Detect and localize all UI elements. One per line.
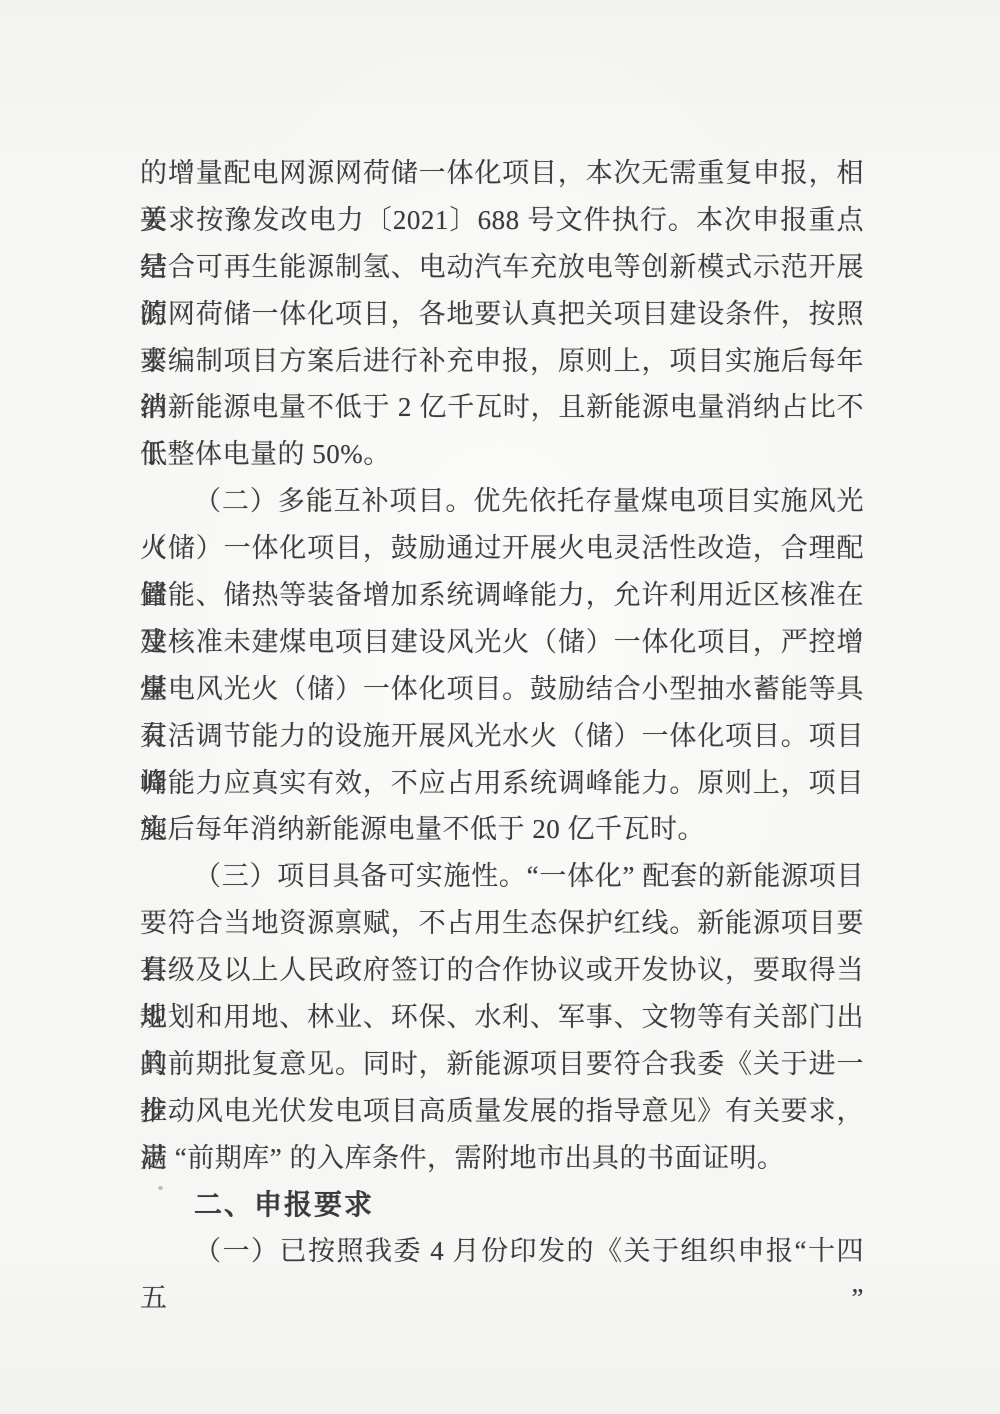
text-line: （一）已按照我委 4 月份印发的《关于组织申报“十四五” [140,1228,864,1275]
text-line: 的增量配电网源网荷储一体化项目，本次无需重复申报，相关 [140,150,864,197]
text-line: 及核准未建煤电项目建设风光火（储）一体化项目，严控增量 [140,619,864,666]
text-line: 煤电风光火（储）一体化项目。鼓励结合小型抽水蓄能等具有 [140,666,864,713]
section-heading-shenbao-yaoqiu: 二、申报要求 [140,1182,864,1229]
text-line: （二）多能互补项目。优先依托存量煤电项目实施风光火 [140,478,864,525]
text-line: 储能、储热等装备增加系统调峰能力，允许利用近区核准在建 [140,572,864,619]
text-line: 峰能力应真实有效，不应占用系统调峰能力。原则上，项目实 [140,760,864,807]
text-line: 施后每年消纳新能源电量不低于 20 亿千瓦时。 [140,806,864,853]
document-page: 的增量配电网源网荷储一体化项目，本次无需重复申报，相关 要求按豫发改电力〔202… [140,150,864,1275]
text-line: 足 “前期库” 的入库条件，需附地市出具的书面证明。 [140,1135,864,1182]
text-line: 源网荷储一体化项目，各地要认真把关项目建设条件，按照要 [140,291,864,338]
text-line: 县级及以上人民政府签订的合作协议或开发协议，要取得当地 [140,947,864,994]
text-line: 于整体电量的 50%。 [140,431,864,478]
text-line: （三）项目具备可实施性。“一体化” 配套的新能源项目 [140,853,864,900]
text-line: 的前期批复意见。同时，新能源项目要符合我委《关于进一步 [140,1041,864,1088]
text-line: 规划和用地、林业、环保、水利、军事、文物等有关部门出具 [140,994,864,1041]
text-line: 要求按豫发改电力〔2021〕688 号文件执行。本次申报重点是 [140,197,864,244]
text-line: 结合可再生能源制氢、电动汽车充放电等创新模式示范开展的 [140,244,864,291]
text-line: 纳新能源电量不低于 2 亿千瓦时，且新能源电量消纳占比不低 [140,384,864,431]
text-line: 灵活调节能力的设施开展风光水火（储）一体化项目。项目调 [140,713,864,760]
text-line: 要符合当地资源禀赋，不占用生态保护红线。新能源项目要有 [140,900,864,947]
text-line: 求编制项目方案后进行补充申报，原则上，项目实施后每年消 [140,338,864,385]
text-line: （储）一体化项目，鼓励通过开展火电灵活性改造，合理配置 [140,525,864,572]
text-line: 推动风电光伏发电项目高质量发展的指导意见》有关要求，满 [140,1088,864,1135]
